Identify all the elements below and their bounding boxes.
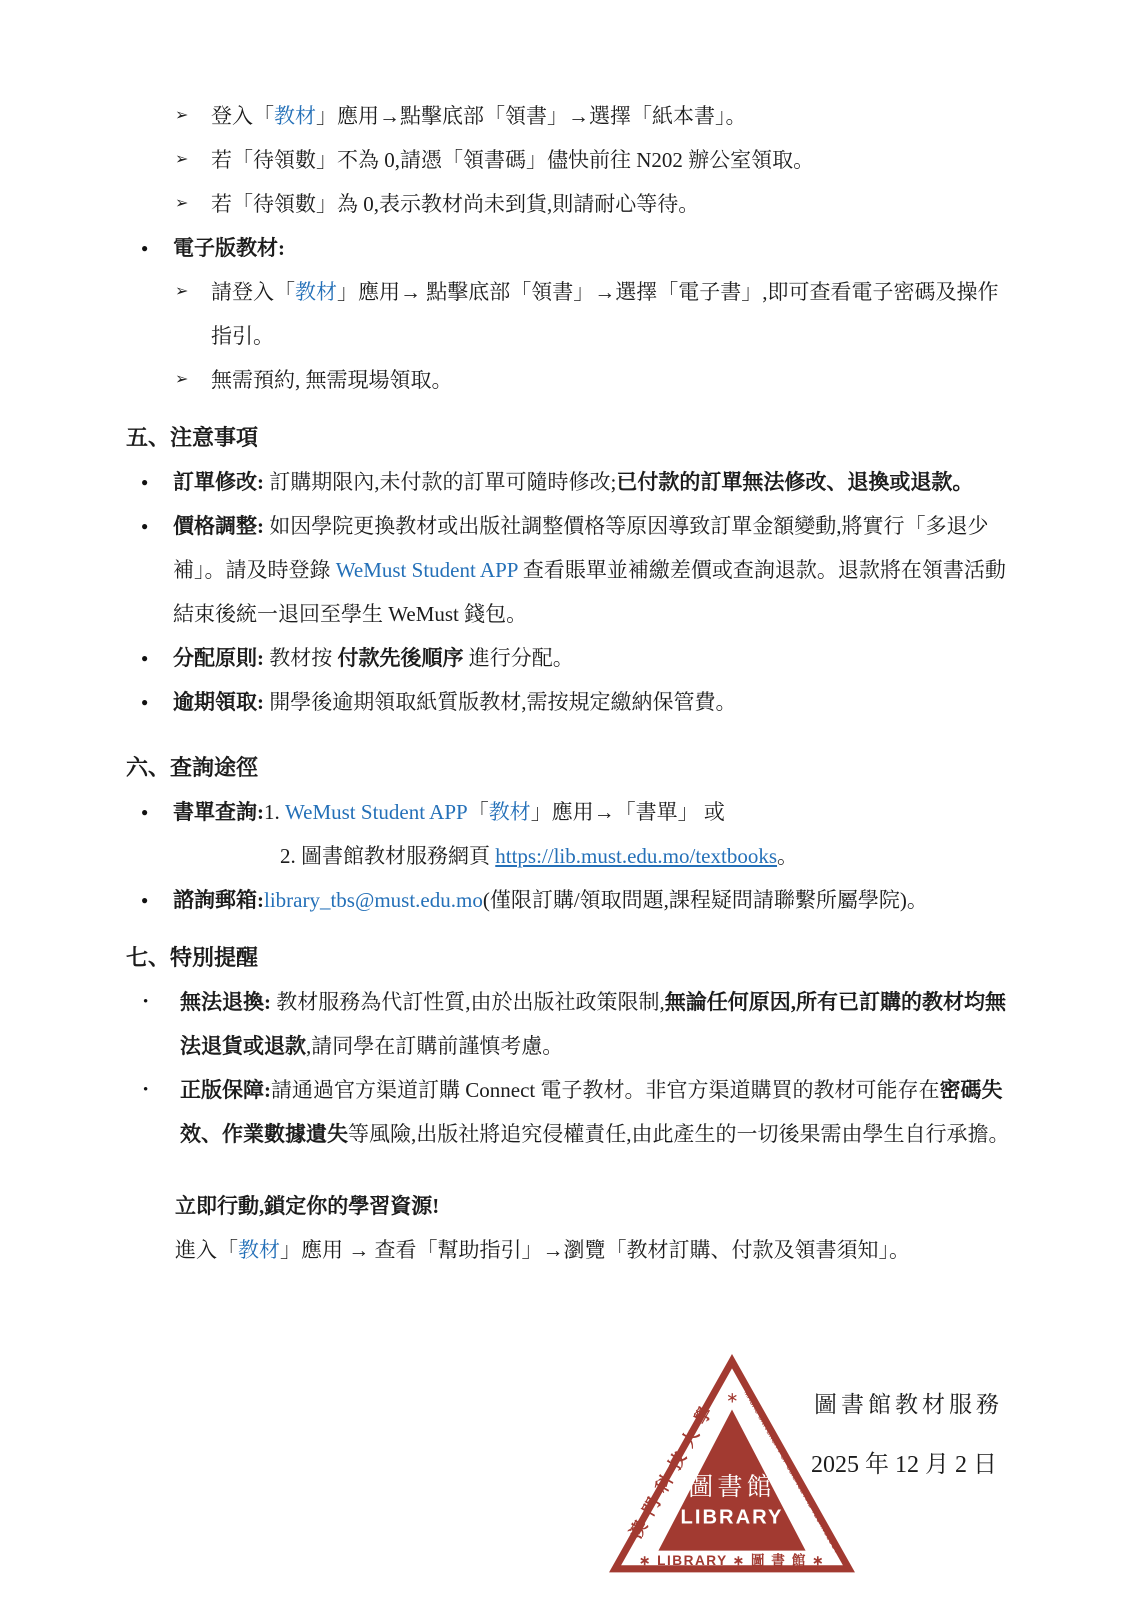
text-run: 」應用→「書單」 或 bbox=[531, 800, 725, 824]
text-run: 請登入「 bbox=[211, 280, 295, 304]
pickup-step-3-text: 若「待領數」為 0,表示教材尚未到貨,則請耐心等待。 bbox=[211, 182, 1012, 226]
notice-allocation-text: 分配原則: 教材按 付款先後順序 進行分配。 bbox=[173, 636, 1012, 680]
bullet-icon: • bbox=[143, 980, 180, 1068]
section-6-heading: 六、查詢途徑 bbox=[126, 746, 1012, 790]
text-run: 付款先後順序 bbox=[338, 646, 464, 670]
pickup-step-1-text: 登入「教材」應用→點擊底部「領書」→選擇「紙本書」。 bbox=[211, 94, 1012, 138]
bullet-icon: ● bbox=[141, 460, 173, 504]
notice-price-adjust: ● 價格調整: 如因學院更換教材或出版社調整價格等原因導致訂單金額變動,將實行「… bbox=[140, 504, 1012, 636]
bullet-icon: ● bbox=[141, 636, 173, 680]
text-run: 分配原則: bbox=[173, 646, 269, 670]
link-text[interactable]: 教材 bbox=[274, 104, 316, 128]
link-text[interactable]: 教材 bbox=[238, 1238, 280, 1262]
notice-overdue: ● 逾期領取: 開學後逾期領取紙質版教材,需按規定繳納保管費。 bbox=[140, 680, 1012, 724]
section-5-heading: 五、注意事項 bbox=[126, 416, 1012, 460]
link-text[interactable]: library_tbs@must.edu.mo bbox=[264, 888, 483, 912]
reminder-no-return-text: 無法退換: 教材服務為代訂性質,由於出版社政策限制,無論任何原因,所有已訂購的教… bbox=[180, 980, 1012, 1068]
text-run: 2. 圖書館教材服務網頁 bbox=[280, 844, 495, 868]
link-text[interactable]: https://lib.must.edu.mo/textbooks bbox=[495, 844, 777, 868]
arrow-bullet-icon: ➢ bbox=[175, 270, 211, 358]
contact-email: ● 諮詢郵箱:library_tbs@must.edu.mo(僅限訂購/領取問題… bbox=[140, 878, 1012, 922]
text-run: 請通過官方渠道訂購 Connect 電子教材。非官方渠道購買的教材可能存在 bbox=[271, 1078, 939, 1102]
notice-order-edit: ● 訂單修改: 訂購期限內,未付款的訂單可隨時修改;已付款的訂單無法修改、退換或… bbox=[140, 460, 1012, 504]
link-text[interactable]: 教材 bbox=[295, 280, 337, 304]
document-body: ➢ 登入「教材」應用→點擊底部「領書」→選擇「紙本書」。 ➢ 若「待領數」不為 … bbox=[0, 0, 1130, 1272]
closing-block: 立即行動,鎖定你的學習資源! 進入「教材」應用 → 查看「幫助指引」→瀏覽「教材… bbox=[140, 1184, 1012, 1272]
closing-instruction: 進入「教材」應用 → 查看「幫助指引」→瀏覽「教材訂購、付款及領書須知」。 bbox=[175, 1228, 1012, 1272]
ebook-step-1: ➢ 請登入「教材」應用→ 點擊底部「領書」→選擇「電子書」,即可查看電子密碼及操… bbox=[175, 270, 1012, 358]
reminder-no-return: • 無法退換: 教材服務為代訂性質,由於出版社政策限制,無論任何原因,所有已訂購… bbox=[140, 980, 1012, 1068]
booklist-query-text: 書單查詢:1. WeMust Student APP「教材」應用→「書單」 或 … bbox=[173, 790, 1012, 878]
arrow-bullet-icon: ➢ bbox=[175, 138, 211, 182]
link-text[interactable]: 教材 bbox=[489, 800, 531, 824]
booklist-query-line-2: 2. 圖書館教材服務網頁 https://lib.must.edu.mo/tex… bbox=[173, 834, 1012, 878]
bullet-icon: ● bbox=[141, 790, 173, 878]
document-date: 2025 年 12 月 2 日 bbox=[811, 1444, 997, 1479]
arrow-bullet-icon: ➢ bbox=[175, 358, 211, 402]
text-run: 逾期領取: bbox=[173, 690, 269, 714]
reminder-genuine-copy-text: 正版保障:請通過官方渠道訂購 Connect 電子教材。非官方渠道購買的教材可能… bbox=[180, 1068, 1012, 1156]
notice-price-adjust-text: 價格調整: 如因學院更換教材或出版社調整價格等原因導致訂單金額變動,將實行「多退… bbox=[173, 504, 1012, 636]
arrow-bullet-icon: ➢ bbox=[175, 182, 211, 226]
text-run: 」應用→點擊底部「領書」→選擇「紙本書」。 bbox=[316, 104, 747, 128]
text-run: 教材服務為代訂性質,由於出版社政策限制, bbox=[276, 990, 665, 1014]
notice-order-edit-text: 訂單修改: 訂購期限內,未付款的訂單可隨時修改;已付款的訂單無法修改、退換或退款… bbox=[173, 460, 1012, 504]
text-run: 訂單修改: bbox=[173, 470, 269, 494]
text-run: 價格調整: bbox=[173, 514, 269, 538]
booklist-query: ● 書單查詢:1. WeMust Student APP「教材」應用→「書單」 … bbox=[140, 790, 1012, 878]
notice-overdue-text: 逾期領取: 開學後逾期領取紙質版教材,需按規定繳納保管費。 bbox=[173, 680, 1012, 724]
pickup-step-3: ➢ 若「待領數」為 0,表示教材尚未到貨,則請耐心等待。 bbox=[175, 182, 1012, 226]
ebook-step-2-text: 無需預約, 無需現場領取。 bbox=[211, 358, 1012, 402]
bullet-icon: ● bbox=[141, 878, 173, 922]
text-run: 等風險,出版社將追究侵權責任,由此產生的一切後果需由學生自行承擔。 bbox=[348, 1122, 1010, 1146]
ebook-step-2: ➢ 無需預約, 無需現場領取。 bbox=[175, 358, 1012, 402]
text-run: 登入「 bbox=[211, 104, 274, 128]
text-run: 諮詢郵箱: bbox=[173, 888, 264, 912]
ebook-step-1-text: 請登入「教材」應用→ 點擊底部「領書」→選擇「電子書」,即可查看電子密碼及操作指… bbox=[211, 270, 1012, 358]
text-run: 電子版教材: bbox=[173, 236, 285, 260]
pickup-step-2-text: 若「待領數」不為 0,請憑「領書碼」儘快前往 N202 辦公室領取。 bbox=[211, 138, 1012, 182]
pickup-step-1: ➢ 登入「教材」應用→點擊底部「領書」→選擇「紙本書」。 bbox=[175, 94, 1012, 138]
text-run: 1. bbox=[264, 800, 285, 824]
link-text[interactable]: WeMust Student APP bbox=[336, 558, 518, 582]
text-run: 正版保障: bbox=[180, 1078, 271, 1102]
closing-headline: 立即行動,鎖定你的學習資源! bbox=[175, 1184, 1012, 1228]
text-run: 開學後逾期領取紙質版教材,需按規定繳納保管費。 bbox=[269, 690, 736, 714]
text-run: ,請同學在訂購前謹慎考慮。 bbox=[306, 1034, 563, 1058]
text-run: 無法退換: bbox=[180, 990, 276, 1014]
text-run: 無需預約, 無需現場領取。 bbox=[211, 368, 453, 392]
booklist-query-line-1: 書單查詢:1. WeMust Student APP「教材」應用→「書單」 或 bbox=[173, 790, 1012, 834]
text-run: (僅限訂購/領取問題,課程疑問請聯繫所屬學院)。 bbox=[483, 888, 928, 912]
text-run: 若「待領數」不為 0,請憑「領書碼」儘快前往 N202 辦公室領取。 bbox=[211, 148, 814, 172]
text-run: 書單查詢: bbox=[173, 800, 264, 824]
signature: 圖書館教材服務 bbox=[814, 1386, 1003, 1419]
stamp-bottom-line: ∗ LIBRARY ∗ 圖 書 館 ∗ bbox=[639, 1552, 825, 1568]
stamp-center-english: LIBRARY bbox=[681, 1506, 784, 1528]
text-run: 「 bbox=[468, 800, 489, 824]
bullet-icon: ● bbox=[141, 504, 173, 636]
ebook-label: 電子版教材: bbox=[173, 226, 1012, 270]
arrow-bullet-icon: ➢ bbox=[175, 94, 211, 138]
stamp-top-asterisk: ∗ bbox=[726, 1390, 739, 1407]
link-text[interactable]: WeMust Student APP bbox=[285, 800, 468, 824]
text-run: 訂購期限內,未付款的訂單可隨時修改; bbox=[269, 470, 616, 494]
text-run: 進行分配。 bbox=[464, 646, 574, 670]
section-7-heading: 七、特別提醒 bbox=[126, 936, 1012, 980]
notice-allocation: ● 分配原則: 教材按 付款先後順序 進行分配。 bbox=[140, 636, 1012, 680]
bullet-icon: ● bbox=[141, 680, 173, 724]
text-run: 。 bbox=[777, 844, 798, 868]
stamp-center-chinese: 圖書館 bbox=[688, 1473, 776, 1501]
document-page: ➢ 登入「教材」應用→點擊底部「領書」→選擇「紙本書」。 ➢ 若「待領數」不為 … bbox=[0, 0, 1130, 1600]
reminder-genuine-copy: • 正版保障:請通過官方渠道訂購 Connect 電子教材。非官方渠道購買的教材… bbox=[140, 1068, 1012, 1156]
ebook-bullet: ● 電子版教材: bbox=[140, 226, 1012, 270]
text-run: 進入「 bbox=[175, 1238, 238, 1262]
text-run: 若「待領數」為 0,表示教材尚未到貨,則請耐心等待。 bbox=[211, 192, 699, 216]
pickup-step-2: ➢ 若「待領數」不為 0,請憑「領書碼」儘快前往 N202 辦公室領取。 bbox=[175, 138, 1012, 182]
bullet-icon: ● bbox=[141, 226, 173, 270]
text-run: 已付款的訂單無法修改、退換或退款。 bbox=[616, 470, 973, 494]
text-run: 」應用 → 查看「幫助指引」→瀏覽「教材訂購、付款及領書須知」。 bbox=[280, 1238, 910, 1262]
contact-email-text: 諮詢郵箱:library_tbs@must.edu.mo(僅限訂購/領取問題,課… bbox=[173, 878, 1012, 922]
bullet-icon: • bbox=[143, 1068, 180, 1156]
text-run: 教材按 bbox=[269, 646, 337, 670]
